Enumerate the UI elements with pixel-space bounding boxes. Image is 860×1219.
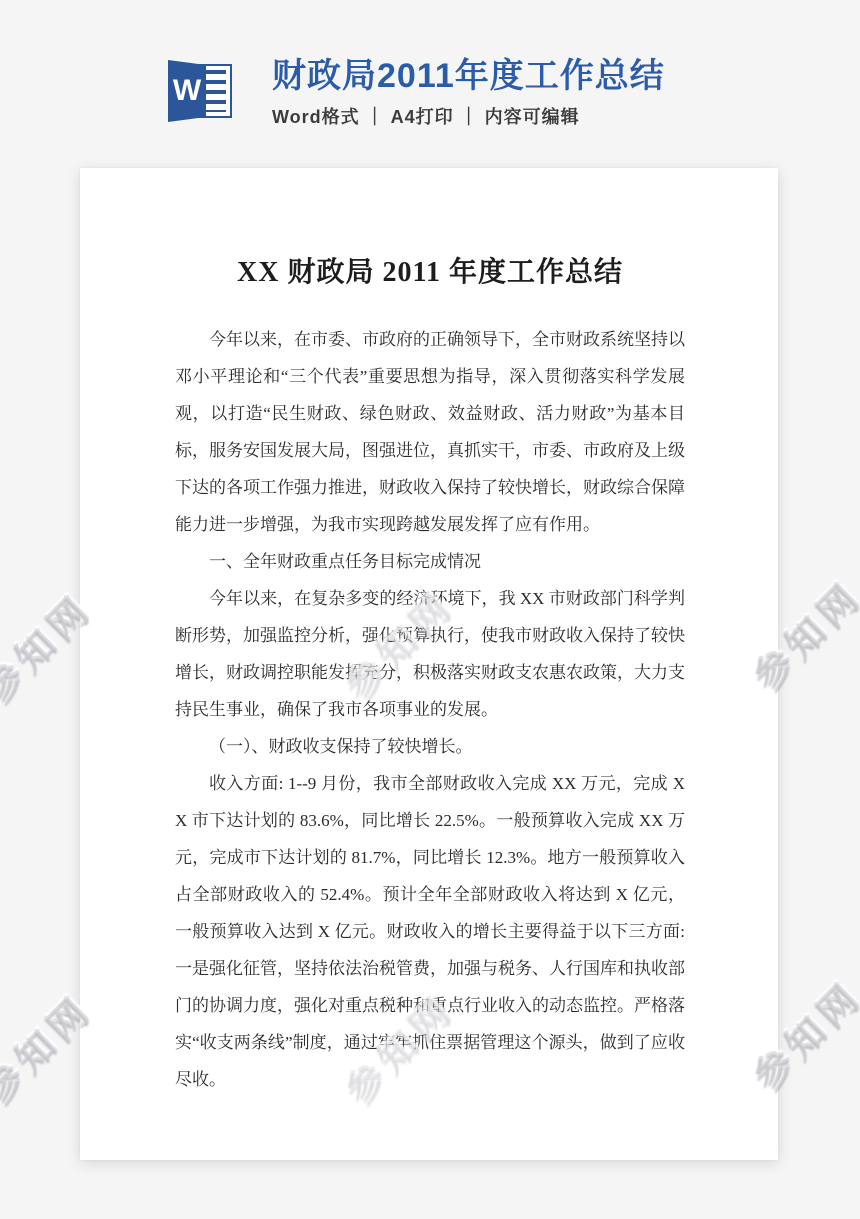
paragraph: 今年以来，在复杂多变的经济环境下，我 XX 市财政部门科学判断形势，加强监控分析… bbox=[175, 580, 685, 728]
page-title: 财政局2011年度工作总结 bbox=[272, 56, 860, 96]
header-text: 财政局2011年度工作总结 Word格式 ｜ A4打印 ｜ 内容可编辑 bbox=[272, 56, 860, 129]
word-icon: W bbox=[168, 60, 232, 122]
preview-background: W 财政局2011年度工作总结 Word格式 ｜ A4打印 ｜ 内容可编辑 XX… bbox=[0, 0, 860, 1219]
paragraph: 今年以来，在市委、市政府的正确领导下，全市财政系统坚持以邓小平理论和“三个代表”… bbox=[175, 321, 685, 543]
format-info: Word格式 ｜ A4打印 ｜ 内容可编辑 bbox=[272, 103, 860, 129]
section-heading: 一、全年财政重点任务目标完成情况 bbox=[175, 543, 685, 580]
sub-section-heading: （一）、财政收支保持了较快增长。 bbox=[175, 728, 685, 765]
word-icon-letter: W bbox=[168, 60, 206, 122]
paragraph: 收入方面: 1--9 月份，我市全部财政收入完成 XX 万元，完成 XX 市下达… bbox=[175, 765, 685, 1098]
document-body: 今年以来，在市委、市政府的正确领导下，全市财政系统坚持以邓小平理论和“三个代表”… bbox=[175, 321, 685, 1098]
document-page: XX 财政局 2011 年度工作总结 今年以来，在市委、市政府的正确领导下，全市… bbox=[80, 168, 778, 1160]
document-title: XX 财政局 2011 年度工作总结 bbox=[175, 253, 685, 293]
